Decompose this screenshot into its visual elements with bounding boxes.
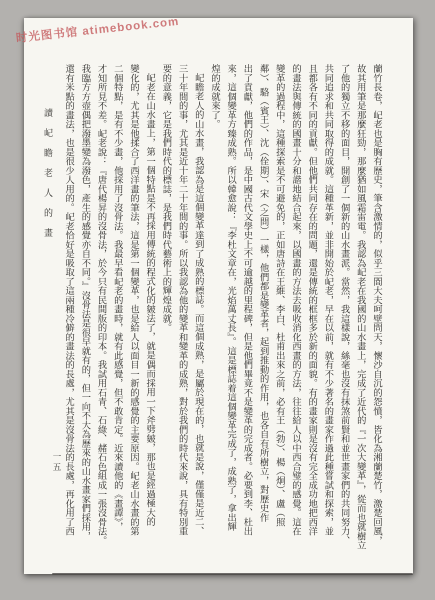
text-column: 煌的成就來了。 <box>206 64 222 550</box>
text-column: 三十年間的事，尤其是近十年二十年間的事。所以我認為他的變革和變革的成熟，對於我們… <box>173 64 189 550</box>
text-column: 我臨方方壺偶把潑墨變為潑色，產生的感覺亦自不同。』沒骨法是很早就有的，但一向不大… <box>76 64 92 550</box>
scanned-book-page: 时光图书馆 atimebook.com 蘭竹長卷，屺老也是胸有歷史，筆含激情的，… <box>0 0 435 600</box>
text-column: 變革的過程中，這種探索是不可避免的，正如唐詩在王維、李白、杜甫出來之前，必有王（… <box>271 64 287 550</box>
text-column: 出了貢獻，他們的作品，是中國古代文學史上不可逾越的里程碑，但是他們畢竟不是變革的… <box>238 64 254 550</box>
text-column: 要的意義，它是我們時代的標誌，是我們時代藝術上的輝煌成就。 <box>157 64 173 550</box>
text-column: 且都各有不同的貢獻。但他們共同存在的問題，還是傳統的框框多於新的面貌。有的畫家則… <box>303 64 319 550</box>
text-column: 變化的，尤其是他揉合了西洋畫的筆法，這是第一個變革，也是給人以面目一新的感覺的主… <box>125 64 141 550</box>
text-column: 鄰）、駱（賓王）、沈（佺期）、宋（之問）一樣，他們都是變革者，起到推動的作用，也… <box>254 64 270 550</box>
text-column: 二個特點，是有不少畫，他採用了沒骨法。我最早看屺老的畫時，就有此感覺，但不敢肯定… <box>109 64 125 550</box>
text-column: 來，這個變革方臻成熟。所以韓愈說：『李杜文章在，光焰萬丈長』。這是標誌着這個變革… <box>222 64 238 550</box>
text-column: 蘭竹長卷，屺老也是胸有歷史，筆含激情的，似乎三閭大夫呵壁問天，懷沙自沉的怨憤，皆… <box>368 64 384 550</box>
text-column: 屺瞻老人的山水畫，我認為是這個變革達到了成熟的標誌。而這個成熟，是屬於現在的，也… <box>190 64 206 550</box>
text-column: 屺老在山水畫上，第一個特點是不再採用傳統的程式化的皴法了，就是偶而採用一下斧劈皴… <box>141 64 157 550</box>
margin-title: 讀屺瞻老人的畫 <box>42 108 55 248</box>
text-column: 的畫法與傳統的國畫十分和諧地結合起來，以國畫的方法去吸收消化西畫的方法，往往給人… <box>287 64 303 550</box>
book-page: 时光图书馆 atimebook.com 蘭竹長卷，屺老也是胸有歷史，筆含激情的，… <box>24 18 413 574</box>
text-column: 了他的獨立不移的面目，開創了一個新的山水畫派。當然，我這樣說，絲毫也沒有抹煞前賢… <box>335 64 351 550</box>
scan-fold-line <box>52 573 413 575</box>
body-text-columns: 蘭竹長卷，屺老也是胸有歷史，筆含激情的，似乎三閭大夫呵壁問天，懷沙自沉的怨憤，皆… <box>60 64 384 550</box>
text-column: 故其用筆是那麼狂勁，那麼猶如風霜雷電。我認為屺老在我國的山水畫上，完成了近代的『… <box>352 64 368 550</box>
site-watermark: 时光图书馆 atimebook.com <box>15 13 180 46</box>
text-column: 還有米點的畫法，也是很少人用的。屺老恰好是吸取了這兩種冷僻的畫法的長處，尤其是沒… <box>60 64 76 550</box>
text-column: 共同追求和共同取得的成就。這種革新，並非開始於屺老，早在以前，就有不少著名的畫家… <box>319 64 335 550</box>
page-number: 一五 <box>51 452 63 473</box>
text-column: 才知所見不差。屺老說：『唐代楊昇的沒骨法，於今只有民間版的印本。我試用石青、石綠… <box>92 64 108 550</box>
